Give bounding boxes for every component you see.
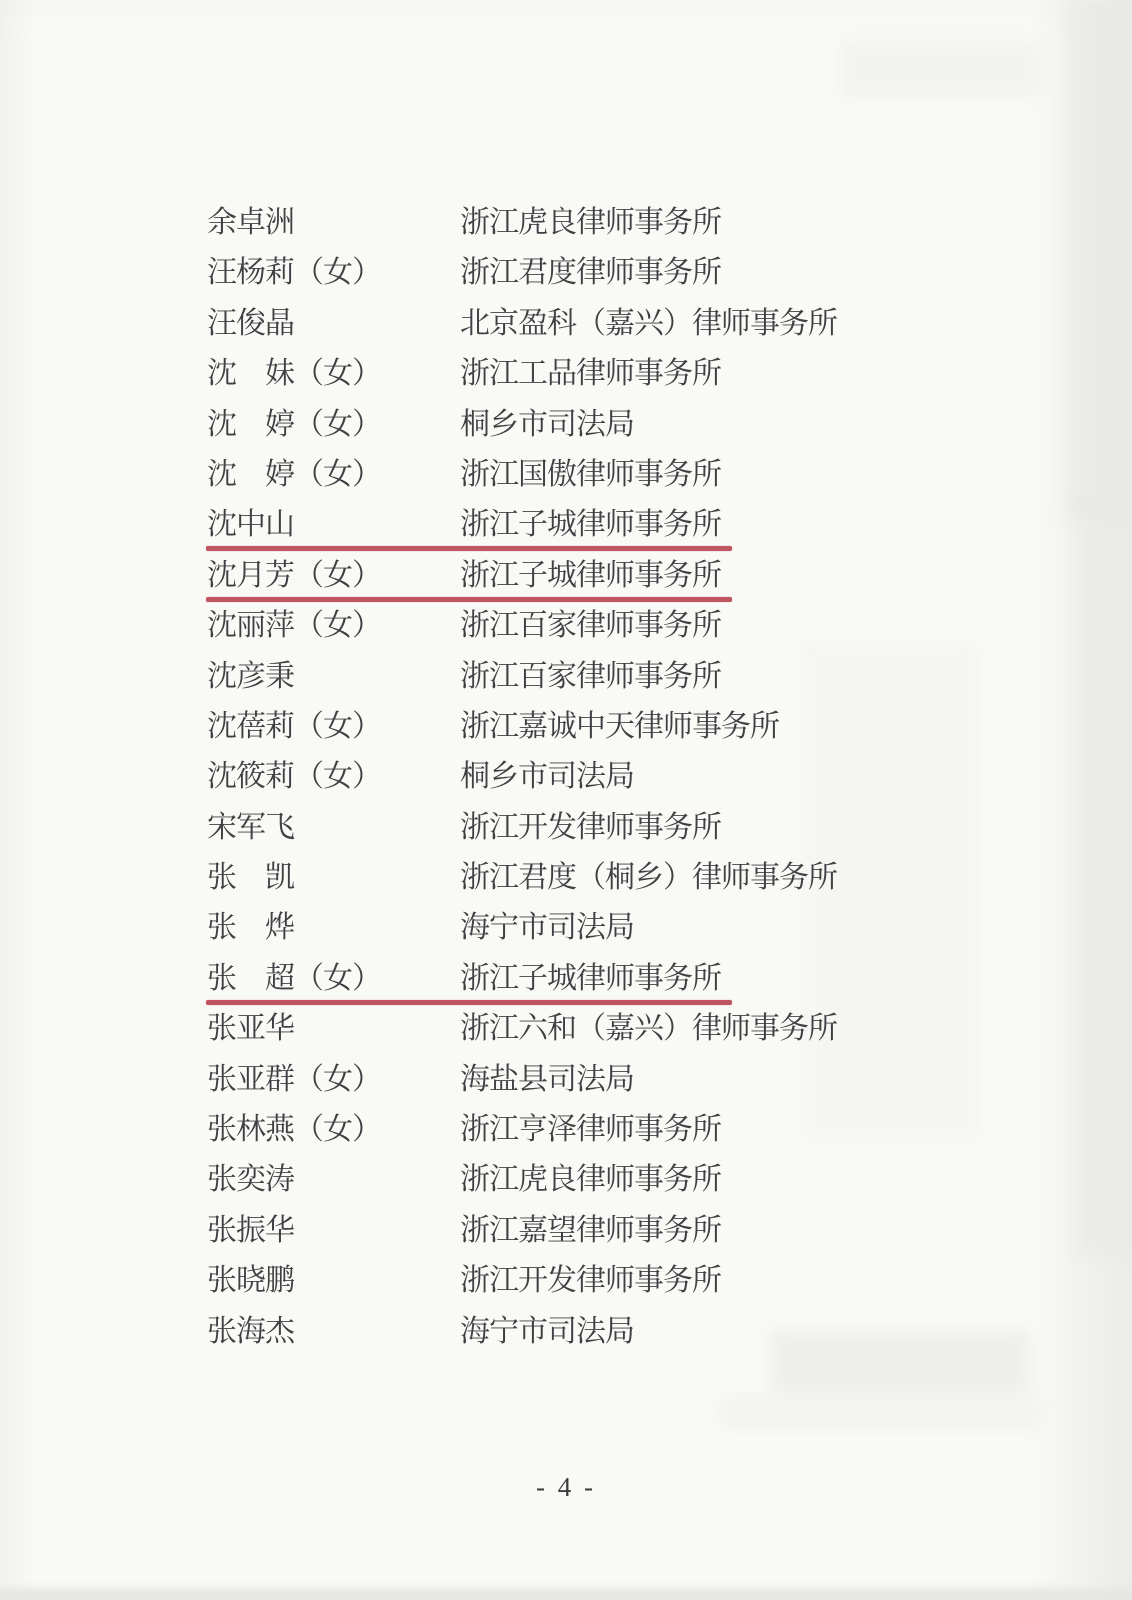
roster-row: 沈中山 浙江子城律师事务所 [0, 500, 1132, 550]
roster-row: 张奕涛 浙江虎良律师事务所 [0, 1155, 1132, 1205]
roster-row: 张海杰 海宁市司法局 [0, 1307, 1132, 1357]
person-name: 张亚群（女） [207, 1055, 381, 1105]
organization-name: 海宁市司法局 [460, 1307, 634, 1357]
person-name: 余卓洲 [207, 198, 294, 248]
person-name: 沈彦秉 [207, 652, 294, 702]
person-name: 张 凯 [207, 853, 294, 903]
organization-name: 浙江开发律师事务所 [460, 803, 721, 853]
roster-row: 张亚群（女） 海盐县司法局 [0, 1055, 1132, 1105]
organization-name: 浙江百家律师事务所 [460, 601, 721, 651]
roster-row: 汪俊晶 北京盈科（嘉兴）律师事务所 [0, 299, 1132, 349]
roster-row: 张振华 浙江嘉望律师事务所 [0, 1206, 1132, 1256]
organization-name: 浙江嘉望律师事务所 [460, 1206, 721, 1256]
roster-row: 沈丽萍（女） 浙江百家律师事务所 [0, 601, 1132, 651]
roster-row: 张 超（女） 浙江子城律师事务所 [0, 954, 1132, 1004]
person-name: 张 超（女） [207, 954, 381, 1004]
roster-row: 宋军飞 浙江开发律师事务所 [0, 803, 1132, 853]
person-name: 沈 婷（女） [207, 400, 381, 450]
organization-name: 浙江工品律师事务所 [460, 349, 721, 399]
person-name: 沈中山 [207, 500, 294, 550]
organization-name: 桐乡市司法局 [460, 752, 634, 802]
roster-row: 张林燕（女） 浙江亨泽律师事务所 [0, 1105, 1132, 1155]
organization-name: 浙江子城律师事务所 [460, 954, 721, 1004]
page-number: - 4 - [0, 1472, 1132, 1503]
person-name: 汪俊晶 [207, 299, 294, 349]
scan-artifact [0, 1589, 1132, 1600]
organization-name: 浙江子城律师事务所 [460, 500, 721, 550]
person-name: 沈 婷（女） [207, 450, 381, 500]
roster-row: 沈月芳（女） 浙江子城律师事务所 [0, 551, 1132, 601]
organization-name: 海宁市司法局 [460, 903, 634, 953]
organization-name: 浙江子城律师事务所 [460, 551, 721, 601]
roster-row: 沈筱莉（女） 桐乡市司法局 [0, 752, 1132, 802]
person-name: 张 烨 [207, 903, 294, 953]
roster-row: 张 烨 海宁市司法局 [0, 903, 1132, 953]
person-name: 张晓鹏 [207, 1256, 294, 1306]
organization-name: 海盐县司法局 [460, 1055, 634, 1105]
roster-row: 汪杨莉（女） 浙江君度律师事务所 [0, 248, 1132, 298]
person-name: 张亚华 [207, 1004, 294, 1054]
organization-name: 桐乡市司法局 [460, 400, 634, 450]
organization-name: 浙江君度律师事务所 [460, 248, 721, 298]
roster-row: 张亚华 浙江六和（嘉兴）律师事务所 [0, 1004, 1132, 1054]
roster-row: 张 凯 浙江君度（桐乡）律师事务所 [0, 853, 1132, 903]
person-name: 沈丽萍（女） [207, 601, 381, 651]
document-page: 余卓洲 浙江虎良律师事务所 汪杨莉（女） 浙江君度律师事务所 汪俊晶 北京盈科（… [0, 0, 1132, 1600]
organization-name: 浙江国傲律师事务所 [460, 450, 721, 500]
person-name: 张林燕（女） [207, 1105, 381, 1155]
person-name: 张振华 [207, 1206, 294, 1256]
scan-artifact [840, 40, 1040, 100]
scan-artifact [720, 1396, 1040, 1430]
organization-name: 浙江君度（桐乡）律师事务所 [460, 853, 837, 903]
roster-row: 沈彦秉 浙江百家律师事务所 [0, 652, 1132, 702]
organization-name: 北京盈科（嘉兴）律师事务所 [460, 299, 837, 349]
person-name: 汪杨莉（女） [207, 248, 381, 298]
roster-row: 沈 妹（女） 浙江工品律师事务所 [0, 349, 1132, 399]
person-name: 沈蓓莉（女） [207, 702, 381, 752]
person-name: 张奕涛 [207, 1155, 294, 1205]
roster-row: 沈 婷（女） 浙江国傲律师事务所 [0, 450, 1132, 500]
person-name: 沈月芳（女） [207, 551, 381, 601]
roster-row: 余卓洲 浙江虎良律师事务所 [0, 198, 1132, 248]
roster-row: 张晓鹏 浙江开发律师事务所 [0, 1256, 1132, 1306]
organization-name: 浙江虎良律师事务所 [460, 198, 721, 248]
organization-name: 浙江六和（嘉兴）律师事务所 [460, 1004, 837, 1054]
organization-name: 浙江虎良律师事务所 [460, 1155, 721, 1205]
organization-name: 浙江开发律师事务所 [460, 1256, 721, 1306]
person-name: 宋军飞 [207, 803, 294, 853]
organization-name: 浙江嘉诚中天律师事务所 [460, 702, 779, 752]
person-name: 沈筱莉（女） [207, 752, 381, 802]
roster-list: 余卓洲 浙江虎良律师事务所 汪杨莉（女） 浙江君度律师事务所 汪俊晶 北京盈科（… [0, 198, 1132, 1357]
organization-name: 浙江亨泽律师事务所 [460, 1105, 721, 1155]
person-name: 张海杰 [207, 1307, 294, 1357]
organization-name: 浙江百家律师事务所 [460, 652, 721, 702]
roster-row: 沈蓓莉（女） 浙江嘉诚中天律师事务所 [0, 702, 1132, 752]
person-name: 沈 妹（女） [207, 349, 381, 399]
roster-row: 沈 婷（女） 桐乡市司法局 [0, 400, 1132, 450]
